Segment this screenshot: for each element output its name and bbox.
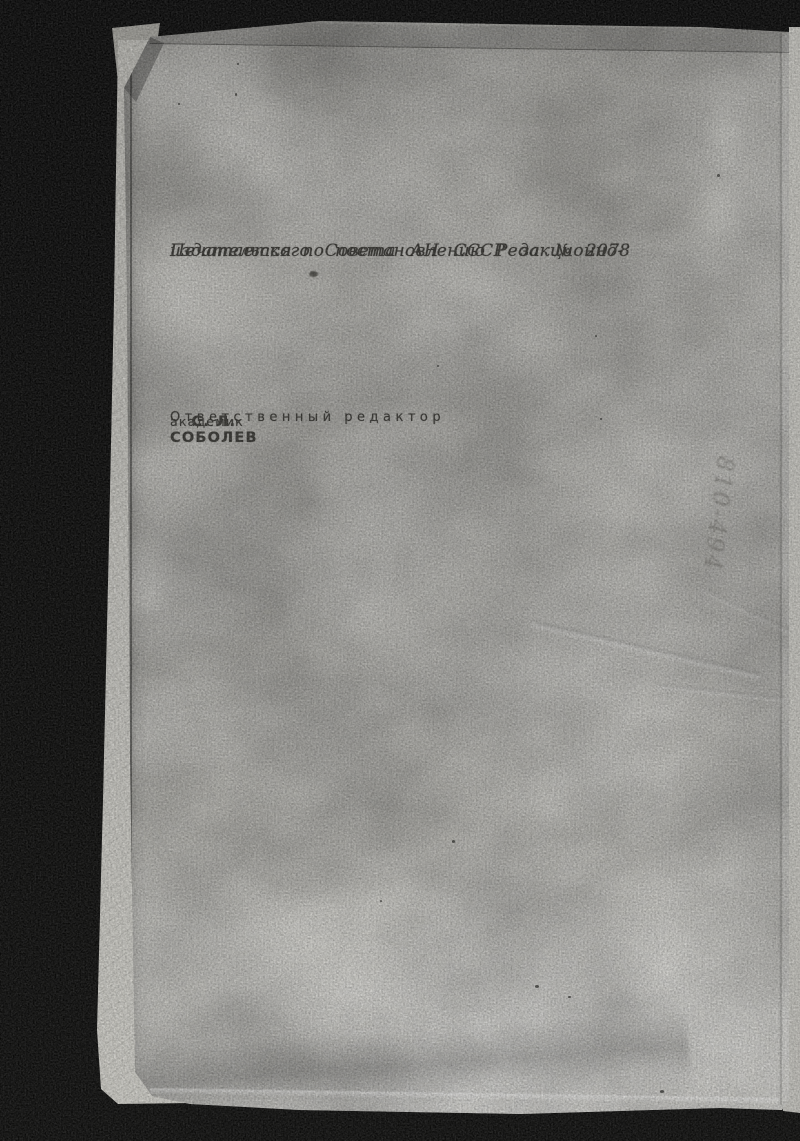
dust-speck	[660, 1090, 664, 1093]
dust-speck	[717, 174, 720, 177]
top-edge-crease	[150, 21, 790, 53]
scanned-book-page: Печатается по постановлению Редакционно-…	[0, 0, 800, 1141]
bottom-curl-shadow	[125, 983, 691, 1132]
dust-speck	[380, 900, 382, 902]
editor-name: С. Л. СОБОЛЕВ	[170, 414, 258, 446]
dust-speck	[452, 840, 455, 843]
paper-wrinkle	[530, 620, 761, 682]
ink-smudge	[309, 271, 318, 277]
paper-wrinkle	[656, 683, 786, 704]
right-edge-highlight	[782, 33, 789, 1105]
dust-speck	[437, 365, 439, 367]
dust-speck	[595, 335, 597, 337]
imprint-line-2: издательского Совета АН СССР за № 2078	[170, 240, 630, 263]
dust-speck	[235, 93, 237, 96]
dust-speck	[600, 418, 602, 420]
dust-speck	[178, 103, 180, 105]
dust-speck	[535, 985, 539, 988]
dust-speck	[568, 996, 571, 998]
dust-speck	[237, 63, 239, 65]
